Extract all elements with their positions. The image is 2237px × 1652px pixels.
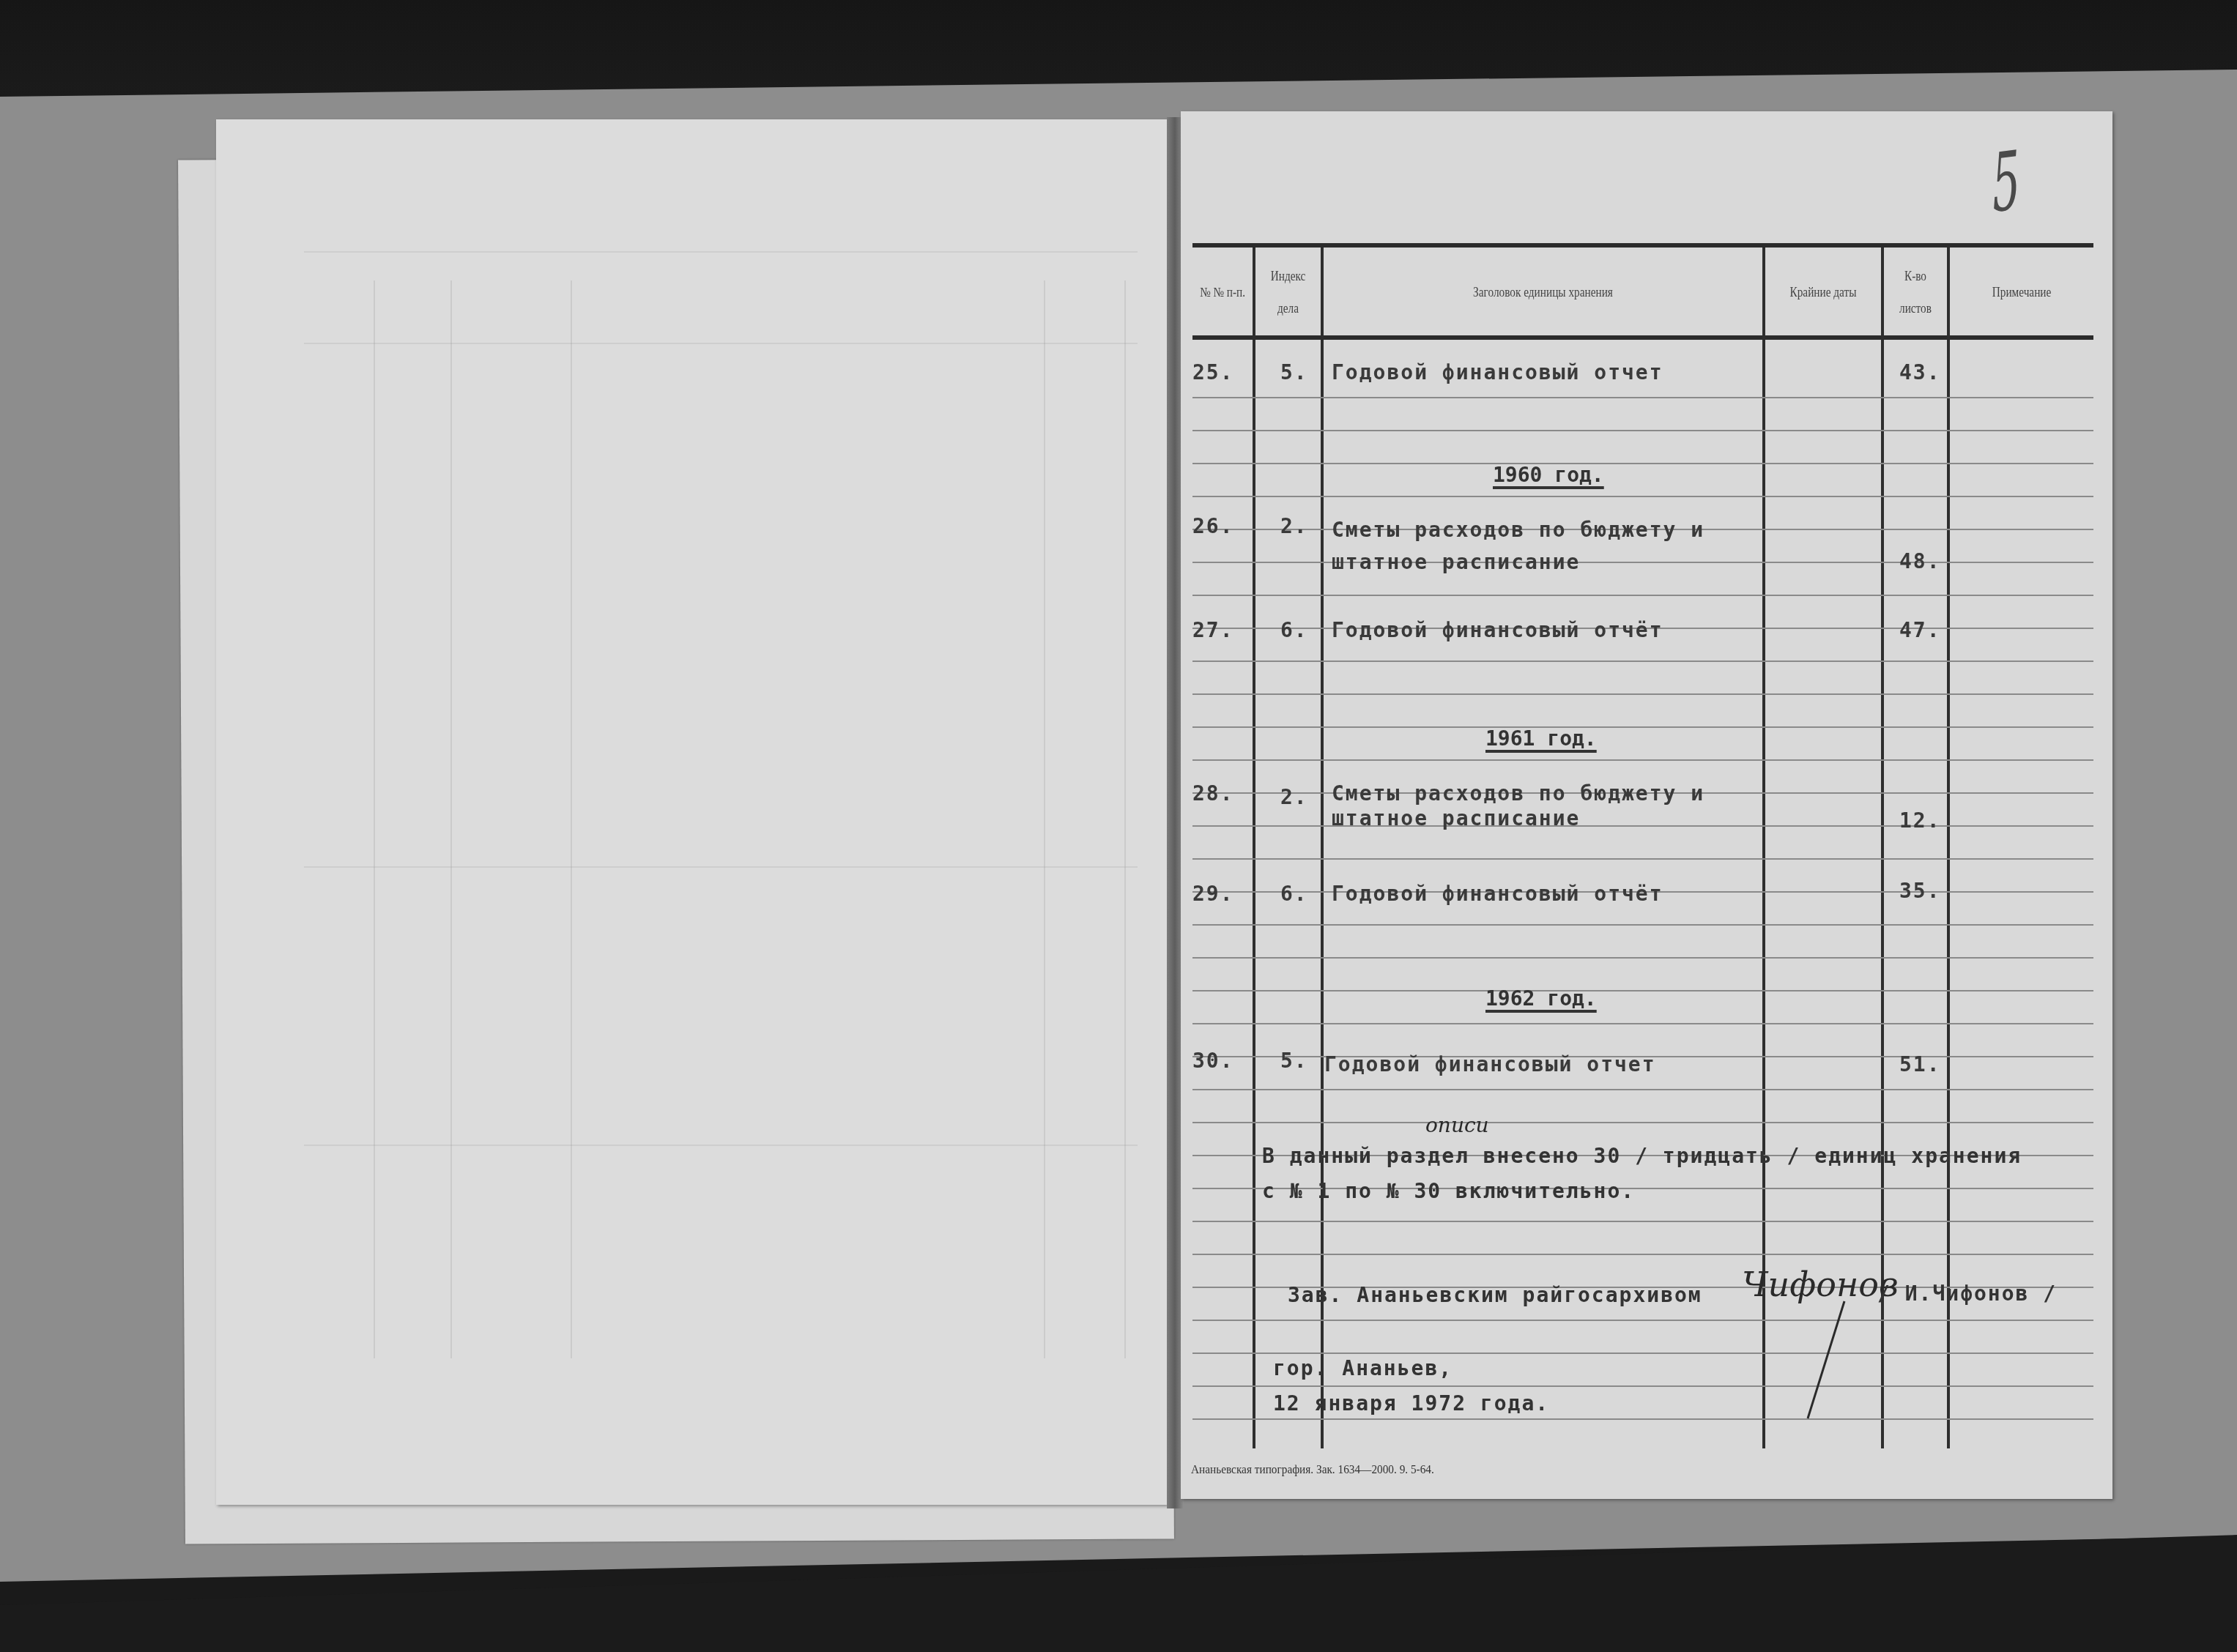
column-divider bbox=[1947, 248, 1950, 1448]
ruled-line bbox=[1192, 1089, 2093, 1090]
row-sheets: 48. bbox=[1899, 549, 1941, 573]
row-index: 2. bbox=[1280, 785, 1308, 809]
ruled-line bbox=[1192, 957, 2093, 959]
bleed-through-line bbox=[304, 251, 1138, 253]
handwritten-insert: описи bbox=[1425, 1113, 1489, 1137]
row-sheets: 12. bbox=[1899, 808, 1941, 833]
header-sheets: К-во листов bbox=[1888, 249, 1942, 335]
ruled-line bbox=[1192, 463, 2093, 464]
row-title: Годовой финансовый отчёт bbox=[1332, 882, 1663, 906]
row-number: 28. bbox=[1192, 781, 1234, 805]
left-page-blank bbox=[216, 119, 1167, 1505]
row-number: 27. bbox=[1192, 618, 1234, 642]
row-index: 2. bbox=[1280, 514, 1308, 538]
row-sheets: 51. bbox=[1899, 1052, 1941, 1076]
ruled-line bbox=[1192, 1353, 2093, 1354]
row-title: Сметы расходов по бюджету и штатное расп… bbox=[1332, 514, 1742, 578]
row-title: Годовой финансовый отчёт bbox=[1332, 618, 1663, 642]
bleed-through-line bbox=[304, 866, 1138, 868]
bleed-through-line bbox=[374, 280, 375, 1358]
date: 12 января 1972 года. bbox=[1273, 1391, 1549, 1415]
ruled-line bbox=[1192, 661, 2093, 662]
row-number: 30. bbox=[1192, 1049, 1234, 1073]
row-sheets: 43. bbox=[1899, 360, 1941, 384]
summary-line-2: с № 1 по № 30 включительно. bbox=[1262, 1179, 1635, 1203]
column-divider bbox=[1321, 248, 1324, 1448]
year-heading-1961: 1961 год. bbox=[1485, 726, 1597, 751]
signature-stroke-icon bbox=[1800, 1298, 1852, 1422]
header-index: Индекс дела bbox=[1261, 249, 1316, 335]
row-title: Годовой финансовый отчет bbox=[1332, 360, 1663, 384]
row-number: 29. bbox=[1192, 882, 1234, 906]
year-heading-1960: 1960 год. bbox=[1493, 463, 1604, 487]
row-index: 6. bbox=[1280, 618, 1308, 642]
inventory-table: № № п-п. Индекс дела Заголовок единицы х… bbox=[1192, 243, 2093, 1481]
row-number: 25. bbox=[1192, 360, 1234, 384]
printer-imprint: Ананьевская типография. Зак. 1634—2000. … bbox=[1191, 1462, 1434, 1477]
row-number: 26. bbox=[1192, 514, 1234, 538]
bleed-through-line bbox=[304, 1145, 1138, 1146]
ruled-line bbox=[1192, 1221, 2093, 1222]
ruled-line bbox=[1192, 496, 2093, 497]
ruled-line bbox=[1192, 726, 2093, 728]
header-number: № № п-п. bbox=[1197, 249, 1248, 335]
header-notes: Примечание bbox=[1961, 249, 2083, 335]
signatory-name: / И.Чифонов / bbox=[1877, 1281, 2057, 1306]
ruled-line bbox=[1192, 1418, 2093, 1420]
bleed-through-line bbox=[304, 343, 1138, 344]
row-index: 5. bbox=[1280, 1049, 1308, 1073]
page-number-handwritten: 5 bbox=[1990, 133, 2022, 231]
ruled-line bbox=[1192, 1254, 2093, 1255]
bleed-through-line bbox=[450, 280, 452, 1358]
row-index: 5. bbox=[1280, 360, 1308, 384]
row-title: Годовой финансовый отчет bbox=[1324, 1052, 1656, 1076]
ruled-line bbox=[1192, 1122, 2093, 1123]
signatory-role: Зав. Ананьевским райгосархивом bbox=[1288, 1283, 1702, 1307]
year-heading-1962: 1962 год. bbox=[1485, 986, 1597, 1011]
ruled-line bbox=[1192, 1385, 2093, 1387]
ruled-line bbox=[1192, 759, 2093, 761]
summary-line-1: В данный раздел внесено 30 / тридцать / … bbox=[1262, 1144, 2022, 1168]
ruled-line bbox=[1192, 1320, 2093, 1321]
row-index: 6. bbox=[1280, 882, 1308, 906]
column-divider bbox=[1253, 248, 1255, 1448]
ruled-line bbox=[1192, 924, 2093, 926]
right-page: 5 bbox=[1181, 111, 2112, 1499]
row-title: Сметы расходов по бюджету и штатное расп… bbox=[1332, 781, 1742, 831]
bleed-through-line bbox=[571, 280, 572, 1358]
ruled-line bbox=[1192, 990, 2093, 991]
place: гор. Ананьев, bbox=[1273, 1356, 1453, 1380]
ruled-line bbox=[1192, 595, 2093, 596]
row-sheets: 35. bbox=[1899, 879, 1941, 903]
bleed-through-line bbox=[1044, 280, 1045, 1358]
row-sheets: 47. bbox=[1899, 618, 1941, 642]
header-dates: Крайние даты bbox=[1774, 249, 1872, 335]
ruled-line bbox=[1192, 397, 2093, 398]
bleed-through-line bbox=[1124, 280, 1126, 1358]
ruled-line bbox=[1192, 430, 2093, 431]
header-bottom-rule bbox=[1192, 335, 2093, 340]
ruled-line bbox=[1192, 1023, 2093, 1024]
ruled-line bbox=[1192, 693, 2093, 695]
header-title: Заголовок единицы хранения bbox=[1357, 249, 1729, 335]
ruled-line bbox=[1192, 858, 2093, 860]
table-top-rule bbox=[1192, 243, 2093, 248]
